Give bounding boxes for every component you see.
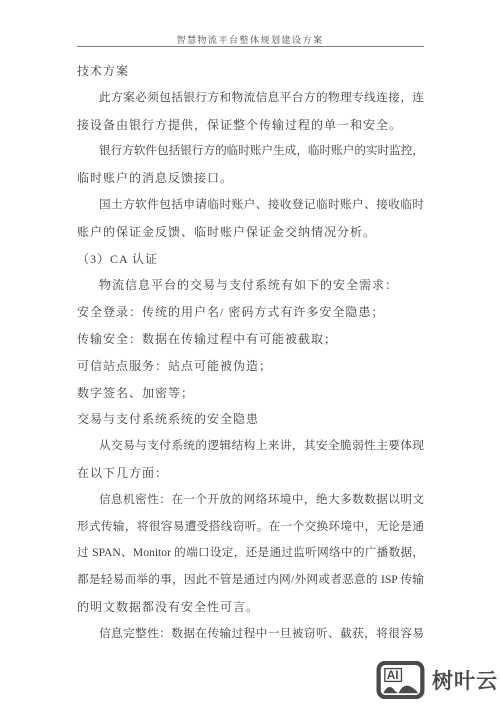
document-page: 智慧物流平台整体规划建设方案 技术方案 此方案必须包括银行方和物流信息平台方的物…	[0, 0, 500, 707]
doc-line: 临时账户的消息反馈接口。	[77, 165, 424, 192]
running-header-title: 智慧物流平台整体规划建设方案	[0, 33, 500, 46]
ai-image-icon: AI	[376, 661, 425, 699]
heading-tech-plan: 技术方案	[77, 58, 424, 85]
ai-icon-label: AI	[387, 668, 399, 682]
doc-line: 过 SPAN、Monitor 的端口设定，还是通过监听网络中的广播数据，	[77, 540, 424, 567]
doc-line: 都是轻易而举的事，因此不管是通过内网/外网或者恶意的 ISP 传输	[77, 567, 424, 594]
doc-line: 物流信息平台的交易与支付系统有如下的安全需求：	[77, 272, 424, 299]
doc-line: 安全登录：传统的用户名/ 密码方式有许多安全隐患；	[77, 299, 424, 326]
doc-line: 传输安全：数据在传输过程中有可能被截取；	[77, 326, 424, 353]
doc-line: 可信站点服务：站点可能被伪造；	[77, 353, 424, 380]
doc-line: 形式传输，将很容易遭受搭线窃听。在一个交换环境中，无论是通	[77, 514, 424, 541]
doc-line: 信息完整性：数据在传输过程中一旦被窃听、截获，将很容易	[77, 621, 424, 648]
header-rule	[77, 46, 424, 47]
document-body: 技术方案 此方案必须包括银行方和物流信息平台方的物理专线连接，连 接设备由银行方…	[77, 58, 424, 648]
doc-line: 此方案必须包括银行方和物流信息平台方的物理专线连接，连	[77, 85, 424, 112]
doc-line: 接设备由银行方提供，保证整个传输过程的单一和安全。	[77, 112, 424, 139]
watermark-logo: AI 树叶云	[376, 661, 498, 699]
doc-line: 账户的保证金反馈、临时账户保证金交纳情况分析。	[77, 219, 424, 246]
doc-line: 从交易与支付系统的逻辑结构上来讲，其安全脆弱性主要体现	[77, 433, 424, 460]
doc-line: 信息机密性：在一个开放的网络环境中，绝大多数数据以明文	[77, 487, 424, 514]
doc-line: 银行方软件包括银行方的临时账户生成，临时账户的实时监控，	[77, 138, 424, 165]
doc-line: 的明文数据都没有安全性可言。	[77, 594, 424, 621]
heading-ca-auth: （3）CA 认证	[77, 246, 424, 273]
brand-text: 树叶云	[432, 665, 498, 695]
heading-security-risks: 交易与支付系统系统的安全隐患	[77, 406, 424, 433]
doc-line: 数字签名、加密等；	[77, 380, 424, 407]
doc-line: 国土方软件包括申请临时账户、接收登记临时账户、接收临时	[77, 192, 424, 219]
doc-line: 在以下几方面：	[77, 460, 424, 487]
